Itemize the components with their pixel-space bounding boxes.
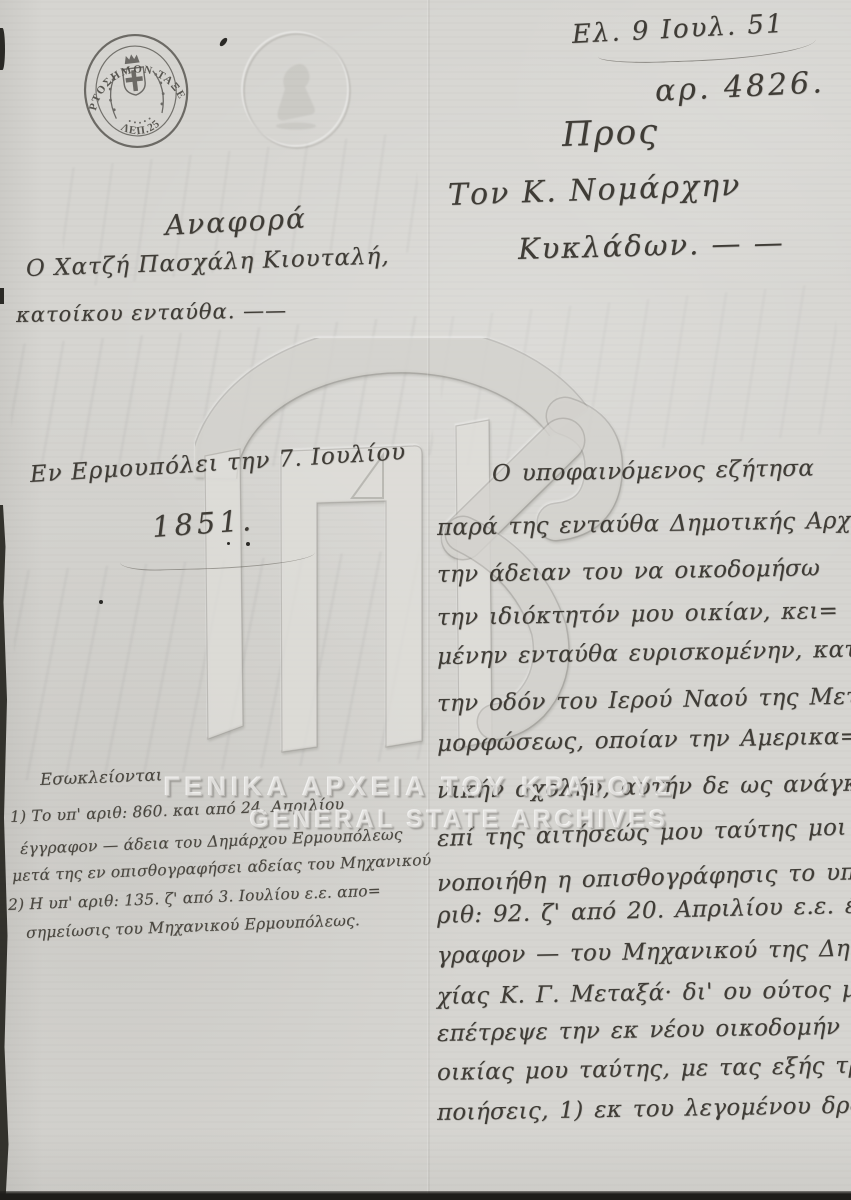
body-text: Ο υποφαινόμενος εζήτησα παρά της ενταύθα…: [437, 0, 851, 1200]
body-line: παρά της ενταύθα Δημοτικής Αρχής,: [437, 508, 851, 541]
body-line: χίας Κ. Γ. Μεταξά· δι' ου ούτος μοι: [437, 977, 851, 1010]
ink-speck: [99, 600, 103, 604]
stamp-value-text: ΛΕΠ.25: [118, 117, 164, 140]
body-line: ριθ: 92. ζ' από 20. Απριλίου ε.ε. έγ=: [437, 893, 851, 929]
scan-bottom-edge: [0, 1191, 851, 1200]
scan-edge-artifact: [0, 28, 5, 70]
report-author-residence: κατοίκου ενταύθα. ——: [16, 298, 287, 327]
scan-edge-artifact: [0, 288, 4, 304]
body-line: την άδειαν του να οικοδομήσω: [437, 555, 851, 588]
body-line: την οδόν του Ιερού Ναού της Μετα=: [437, 684, 851, 717]
enclosures-line: σημείωσις του Μηχανικού Ερμουπόλεως.: [26, 911, 361, 942]
body-line: Ο υποφαινόμενος εζήτησα: [437, 454, 851, 488]
embossed-seal: [238, 26, 354, 152]
seal-seated-figure: [278, 64, 315, 120]
body-line: μένην ενταύθα ευρισκομένην, κατά: [437, 637, 851, 670]
body-line: γραφον — του Μηχανικού της Δημαρ=: [437, 936, 851, 969]
watermark-text-greek: ΓΕΝΙΚΑ ΑΡΧΕΙΑ ΤΟΥ ΚΡΑΤΟΥΣ: [164, 772, 676, 803]
dateline-year: 1851.: [151, 503, 256, 544]
ink-speck: [218, 37, 228, 48]
ink-speck: [227, 542, 230, 545]
body-line: μορφώσεως, οποίαν την Αμερικα=: [437, 724, 851, 757]
svg-text:ΛΕΠ.25: ΛΕΠ.25: [118, 117, 164, 140]
enclosures-line: 2) Η υπ' αριθ: 135. ζ' από 3. Ιουλίου ε.…: [8, 882, 382, 914]
scan-left-edge: [0, 505, 10, 1200]
ink-speck: [246, 542, 250, 546]
revenue-stamp: ΧΑΡΤΟΣΗΜΟΝ ΤΑΞΕΩΣ ΛΕΠ.25: [73, 22, 199, 159]
body-line: ποιήσεις, 1) εκ του λεγομένου δρόμου: [437, 1093, 851, 1126]
body-line: επέτρεψε την εκ νέου οικοδομήν της: [437, 1014, 851, 1047]
body-line: οικίας μου ταύτης, με τας εξής τροπο=: [437, 1053, 851, 1086]
document-page: ΧΑΡΤΟΣΗΜΟΝ ΤΑΞΕΩΣ ΛΕΠ.25 Ελ. 9 Ιουλ. 51 …: [0, 0, 851, 1200]
fold-crease: [427, 0, 430, 1200]
enclosures-title: Εσωκλείονται: [40, 765, 163, 789]
stamp-coat-of-arms: [104, 51, 168, 127]
body-line: την ιδιόκτητόν μου οικίαν, κει=: [437, 598, 851, 631]
watermark-text-english: GENERAL STATE ARCHIVES: [250, 806, 669, 835]
body-line: νοποιήθη η οπισθογράφησις το υπ' α=: [437, 859, 851, 897]
enclosures-line: μετά της εν οπισθογραφήσει αδείας του Μη…: [12, 851, 432, 885]
